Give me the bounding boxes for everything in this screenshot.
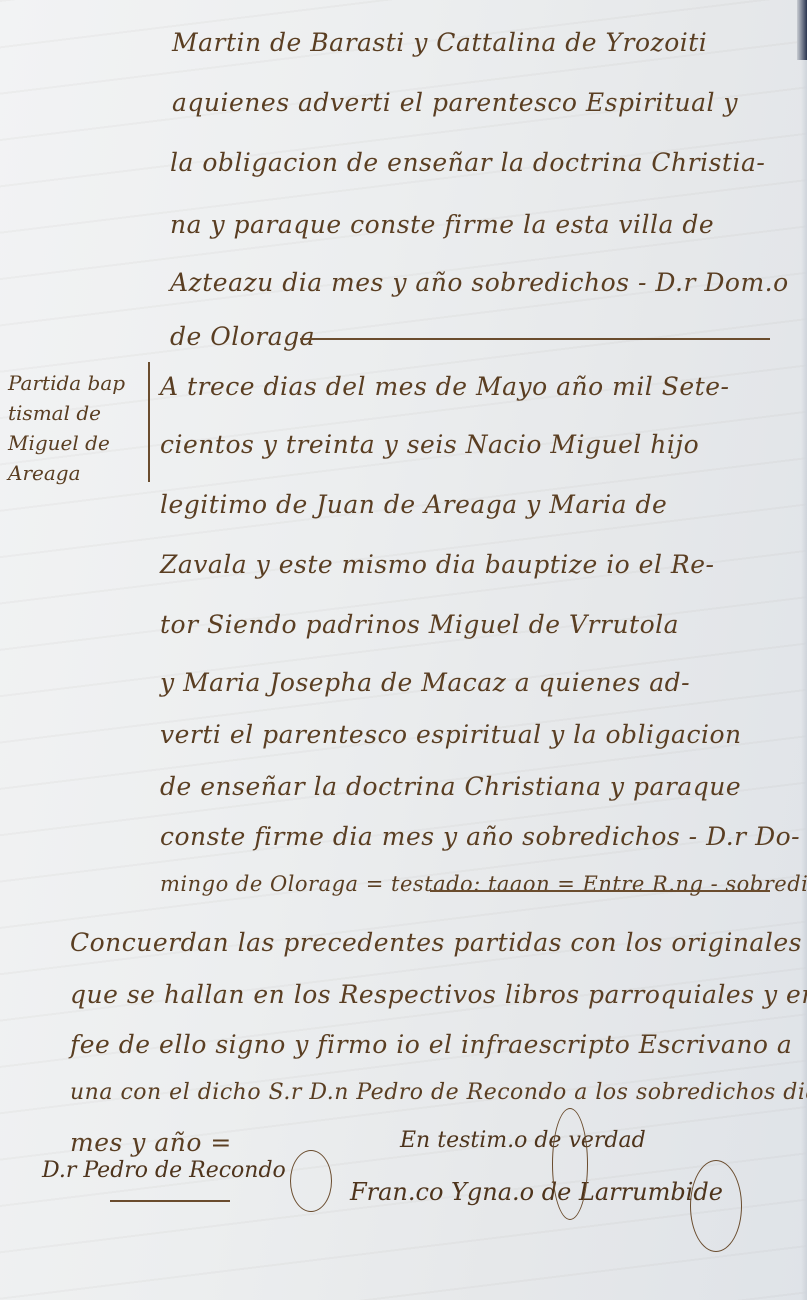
margin-note-line: Miguel de — [8, 428, 125, 458]
margin-bracket — [148, 362, 150, 482]
signature-left: D.r Pedro de Recondo — [42, 1158, 286, 1183]
notary-sign-flourish — [552, 1108, 588, 1220]
text-line: verti el parentesco espiritual y la obli… — [160, 720, 742, 749]
text-line: que se hallan en los Respectivos libros … — [70, 980, 807, 1009]
text-line: conste firme dia mes y año sobredichos -… — [160, 822, 800, 851]
margin-note-line: tismal de — [8, 398, 125, 428]
text-line: una con el dicho S.r D.n Pedro de Recond… — [70, 1080, 807, 1105]
text-line: Concuerdan las precedentes partidas con … — [70, 928, 802, 957]
margin-note: Partida bap tismal de Miguel de Areaga — [8, 368, 125, 488]
text-line: tor Siendo padrinos Miguel de Vrrutola — [160, 610, 679, 639]
page-edge — [801, 60, 807, 1300]
signature-flourish — [690, 1160, 742, 1252]
text-line: de enseñar la doctrina Christiana y para… — [160, 772, 741, 801]
text-line: y Maria Josepha de Macaz a quienes ad- — [160, 668, 690, 697]
margin-note-line: Partida bap — [8, 368, 125, 398]
text-line: de Oloraga — [170, 322, 315, 351]
text-line: la obligacion de enseñar la doctrina Chr… — [170, 148, 765, 177]
text-line: mes y año = — [70, 1128, 232, 1157]
text-line: Azteazu dia mes y año sobredichos - D.r … — [170, 268, 789, 297]
text-line: fee de ello signo y firmo io el infraesc… — [70, 1030, 792, 1059]
signature-right-line2: Fran.co Ygna.o de Larrumbide — [350, 1178, 723, 1206]
text-line: legitimo de Juan de Areaga y Maria de — [160, 490, 667, 519]
text-line: Zavala y este mismo dia bauptize io el R… — [160, 550, 714, 579]
text-line: cientos y treinta y seis Nacio Miguel hi… — [160, 430, 699, 459]
text-line: A trece dias del mes de Mayo año mil Set… — [160, 372, 729, 401]
separator-rule — [300, 338, 770, 340]
text-line: aquienes adverti el parentesco Espiritua… — [172, 88, 738, 117]
manuscript-page: Martin de Barasti y Cattalina de Yrozoit… — [0, 0, 807, 1300]
text-line: Martin de Barasti y Cattalina de Yrozoit… — [172, 28, 707, 57]
margin-note-line: Areaga — [8, 458, 125, 488]
text-line: mingo de Oloraga = testado: taaon = Entr… — [160, 872, 807, 896]
binding-edge — [797, 0, 807, 60]
signature-right-line1: En testim.o de verdad — [400, 1128, 646, 1153]
signature-flourish — [290, 1150, 332, 1212]
signature-underline — [110, 1200, 230, 1202]
separator-rule — [430, 890, 770, 892]
text-line: na y paraque conste firme la esta villa … — [170, 210, 714, 239]
